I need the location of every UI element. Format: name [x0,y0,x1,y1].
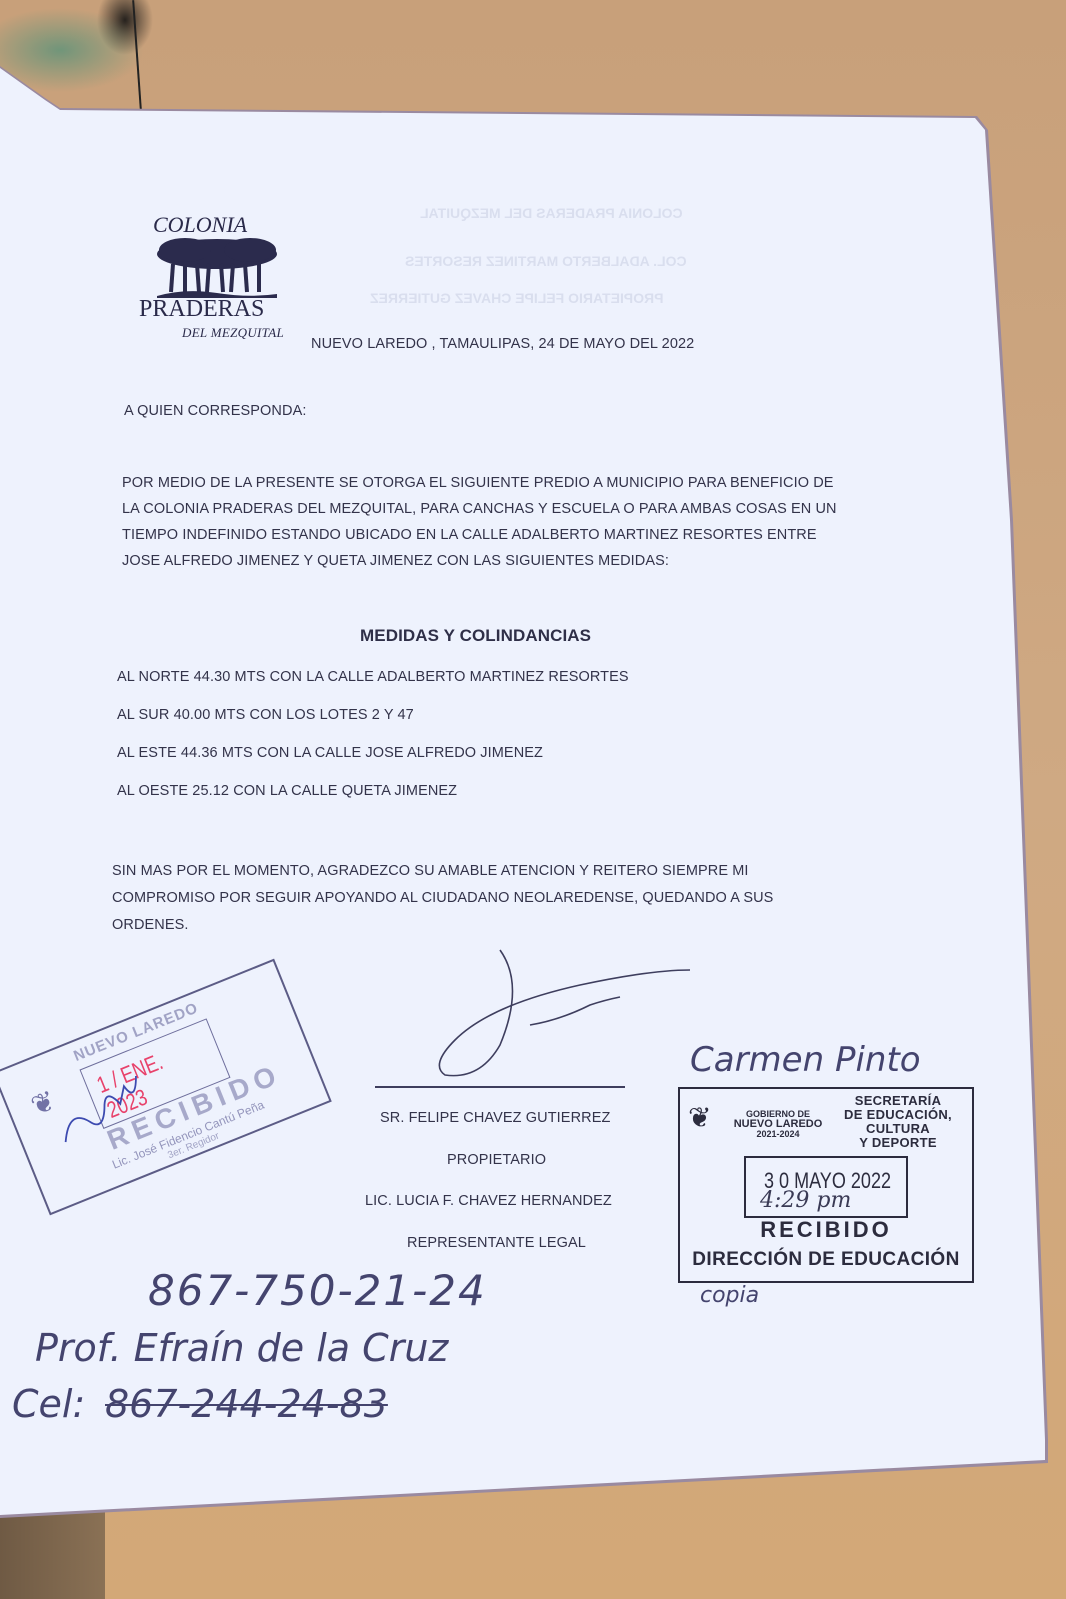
body-line: LA COLONIA PRADERAS DEL MEZQUITAL, PARA … [122,496,837,522]
handwritten-contact-name: Prof. Efraín de la Cruz [35,1326,448,1370]
handwritten-struck-cel: 867-244-24-83 [105,1382,388,1426]
body-line: POR MEDIO DE LA PRESENTE SE OTORGA EL SI… [122,470,837,496]
secretaria-line: Y DEPORTE [828,1136,968,1150]
measures-list: AL NORTE 44.30 MTS CON LA CALLE ADALBERT… [117,658,629,810]
measure-east: AL ESTE 44.36 MTS CON LA CALLE JOSE ALFR… [117,734,629,772]
handwritten-copy-note: copia [700,1283,759,1308]
legal-representative-role: REPRESENTANTE LEGAL [407,1235,586,1251]
stamp-secretaria: SECRETARÍA DE EDUCACIÓN, CULTURA Y DEPOR… [828,1094,968,1150]
closing-line: COMPROMISO POR SEGUIR APOYANDO AL CIUDAD… [112,885,773,912]
body-line: TIEMPO INDEFINIDO ESTANDO UBICADO EN LA … [122,522,837,548]
handwritten-receiver-name: Carmen Pinto [690,1040,921,1080]
salutation: A QUIEN CORRESPONDA: [124,403,306,419]
logo-praderas-text: PRADERAS [139,296,264,323]
measure-west: AL OESTE 25.12 CON LA CALLE QUETA JIMENE… [117,772,629,810]
stamp-date-box: 3 0 MAYO 2022 4:29 pm [744,1156,908,1218]
body-line: JOSE ALFREDO JIMENEZ Y QUETA JIMENEZ CON… [122,548,837,574]
secretaria-line: CULTURA [828,1122,968,1136]
closing-line: ORDENES. [112,912,773,939]
bleed-through-line: COL. ADALBERTO MARTINEZ RESORTES [405,253,687,269]
logo-mezquital-text: DEL MEZQUITAL [182,325,284,341]
signer-name: SR. FELIPE CHAVEZ GUTIERREZ [380,1110,610,1126]
bleed-through-line: COLONIA PRADERAS DEL MEZQUITAL [420,205,683,221]
signature-scribble [430,945,695,1085]
measures-title: MEDIDAS Y COLINDANCIAS [360,626,591,646]
handwritten-time: 4:29 pm [760,1188,851,1213]
body-paragraph: POR MEDIO DE LA PRESENTE SE OTORGA EL SI… [122,470,837,574]
stamp-status: RECIBIDO [680,1217,972,1243]
secretaria-line: SECRETARÍA [828,1094,968,1108]
gov-term: 2021-2024 [728,1129,828,1139]
stamp-department: DIRECCIÓN DE EDUCACIÓN [680,1249,972,1271]
secretaria-line: DE EDUCACIÓN, [828,1108,968,1122]
closing-line: SIN MAS POR EL MOMENTO, AGRADEZCO SU AMA… [112,858,773,885]
handwritten-cel-label: Cel: [12,1382,85,1426]
colonia-logo: COLONIA PRADERAS DEL MEZQUITAL [135,208,300,348]
logo-colonia-text: COLONIA [153,212,247,238]
place-and-date: NUEVO LAREDO , TAMAULIPAS, 24 DE MAYO DE… [311,336,694,352]
city-crest-icon: ❦ [688,1101,711,1135]
closing-paragraph: SIN MAS POR EL MOMENTO, AGRADEZCO SU AMA… [112,858,773,939]
signature-line [375,1086,625,1088]
gov-city: NUEVO LAREDO [728,1119,828,1129]
measure-north: AL NORTE 44.30 MTS CON LA CALLE ADALBERT… [117,658,629,696]
bleed-through-line: PROPIETARIO FELIPE CHAVEZ GUTIERREZ [370,290,664,306]
signer-role: PROPIETARIO [447,1152,546,1168]
handwritten-phone: 867-750-21-24 [148,1266,487,1315]
tree-icon [155,238,280,300]
stamp-government: GOBIERNO DE NUEVO LAREDO 2021-2024 [728,1109,828,1139]
legal-representative-name: LIC. LUCIA F. CHAVEZ HERNANDEZ [365,1193,612,1209]
received-stamp-education: ❦ GOBIERNO DE NUEVO LAREDO 2021-2024 SEC… [678,1087,974,1283]
measure-south: AL SUR 40.00 MTS CON LOS LOTES 2 Y 47 [117,696,629,734]
